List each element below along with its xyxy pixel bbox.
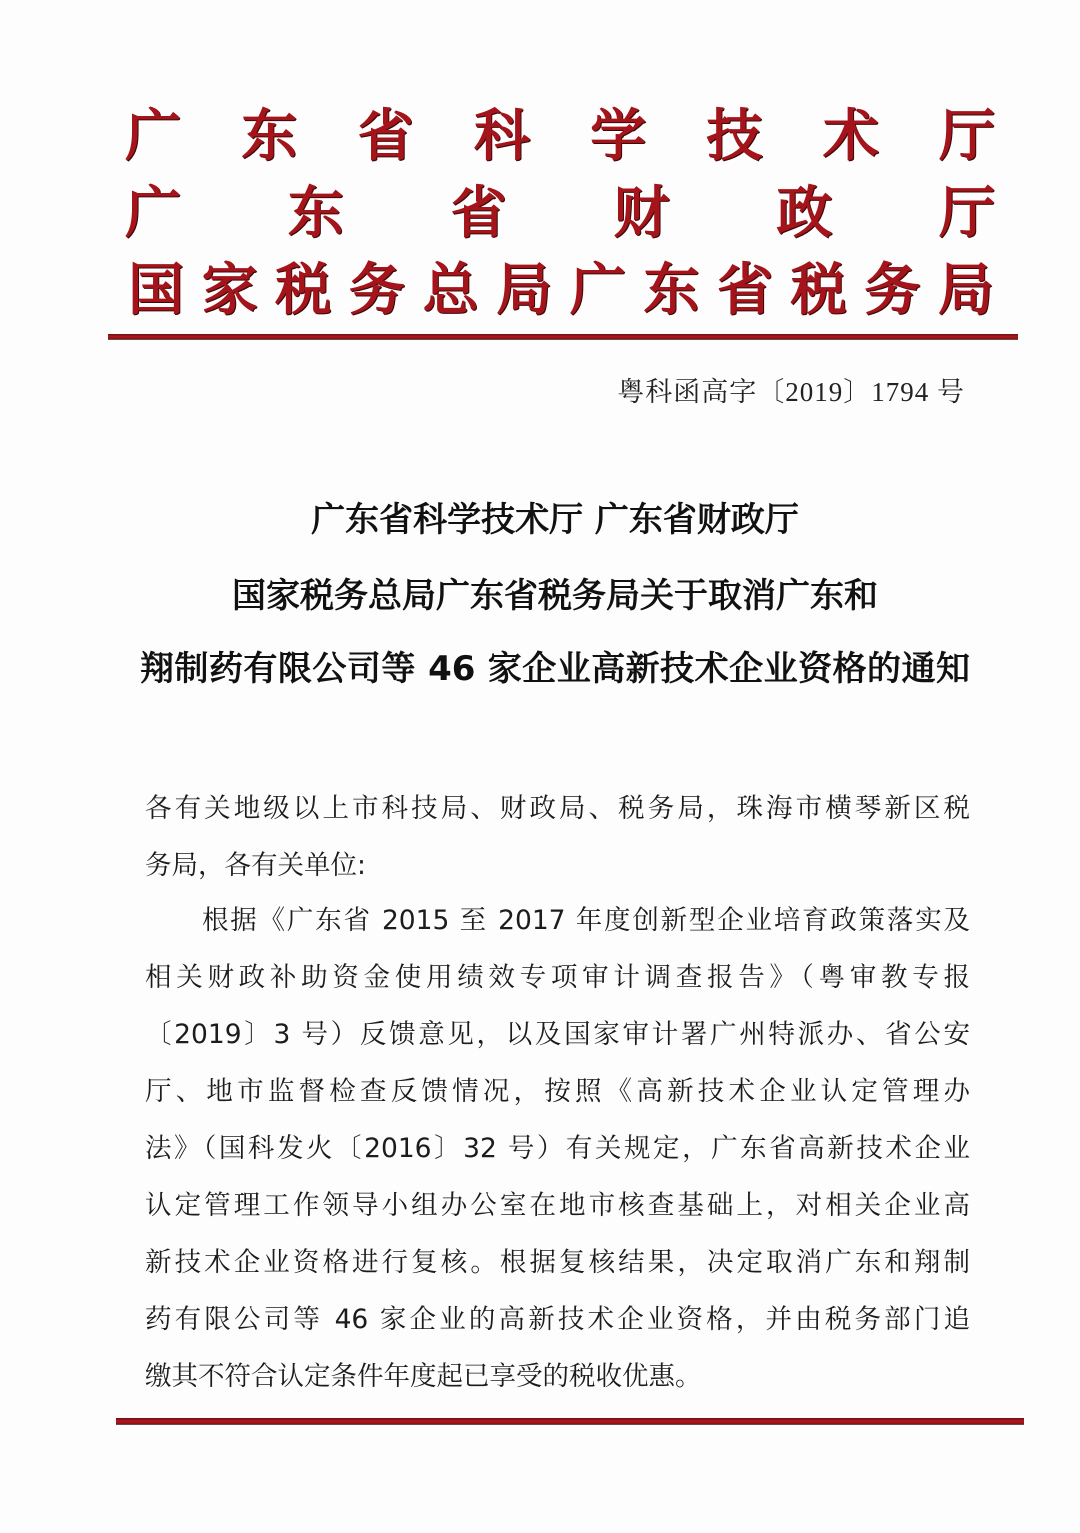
body-line: 〔2019〕3 号）反馈意见，以及国家审计署广州特派办、省公安 — [145, 1006, 970, 1063]
letterhead-line-science-dept: 广 东 省 科 学 技 术 厅 — [125, 108, 995, 164]
document-number: 粤科函高字〔2019〕1794 号 — [617, 370, 965, 409]
letterhead-line-finance-dept: 广 东 省 财 政 厅 — [125, 185, 995, 241]
footer-red-rule — [116, 1418, 1024, 1425]
salutation-line: 务局，各有关单位: — [145, 837, 970, 894]
title-line-2: 国家税务总局广东省税务局关于取消广东和 — [0, 579, 1080, 613]
letterhead-char: 术 — [823, 108, 879, 164]
title-line-1: 广东省科学技术厅 广东省财政厅 — [0, 503, 1080, 537]
letterhead-char: 务 — [864, 262, 920, 318]
body-line: 法》（国科发火〔2016〕32 号）有关规定，广东省高新技术企业 — [145, 1120, 970, 1177]
letterhead-char: 技 — [706, 108, 762, 164]
body-line: 根据《广东省 2015 至 2017 年度创新型企业培育政策落实及 — [145, 892, 970, 949]
letterhead-char: 局 — [938, 262, 994, 318]
letterhead-line-tax-bureau: 国 家 税 务 总 局 广 东 省 税 务 局 — [128, 262, 994, 318]
letterhead-char: 广 — [125, 108, 181, 164]
letterhead-char: 总 — [423, 262, 479, 318]
title-line-3: 翔制药有限公司等 46 家企业高新技术企业资格的通知 — [140, 652, 970, 686]
letterhead-char: 政 — [776, 185, 832, 241]
letterhead-char: 厅 — [939, 108, 995, 164]
letterhead-char: 家 — [202, 262, 258, 318]
letterhead-char: 财 — [613, 185, 669, 241]
letterhead-char: 税 — [275, 262, 331, 318]
letterhead-red-rule — [108, 334, 1018, 340]
body-line: 认定管理工作领导小组办公室在地市核查基础上，对相关企业高 — [145, 1177, 970, 1234]
body-line: 缴其不符合认定条件年度起已享受的税收优惠。 — [145, 1348, 970, 1405]
letterhead-char: 省 — [451, 185, 507, 241]
salutation: 各有关地级以上市科技局、财政局、税务局，珠海市横琴新区税 务局，各有关单位: — [145, 780, 970, 894]
letterhead-char: 省 — [358, 108, 414, 164]
letterhead-char: 国 — [128, 262, 184, 318]
letterhead-char: 广 — [125, 185, 181, 241]
salutation-line: 各有关地级以上市科技局、财政局、税务局，珠海市横琴新区税 — [145, 780, 970, 837]
body-line: 相关财政补助资金使用绩效专项审计调查报告》（粤审教专报 — [145, 949, 970, 1006]
letterhead-char: 东 — [288, 185, 344, 241]
body-line: 厅、地市监督检查反馈情况，按照《高新技术企业认定管理办 — [145, 1063, 970, 1120]
letterhead-char: 局 — [496, 262, 552, 318]
letterhead-char: 科 — [474, 108, 530, 164]
body-paragraph: 根据《广东省 2015 至 2017 年度创新型企业培育政策落实及 相关财政补助… — [145, 892, 970, 1405]
letterhead-char: 东 — [643, 262, 699, 318]
letterhead-char: 务 — [349, 262, 405, 318]
letterhead-char: 省 — [717, 262, 773, 318]
letterhead-char: 东 — [241, 108, 297, 164]
letterhead-char: 广 — [570, 262, 626, 318]
letterhead-char: 厅 — [939, 185, 995, 241]
letterhead-char: 学 — [590, 108, 646, 164]
body-line: 新技术企业资格进行复核。根据复核结果，决定取消广东和翔制 — [145, 1234, 970, 1291]
body-line: 药有限公司等 46 家企业的高新技术企业资格，并由税务部门追 — [145, 1291, 970, 1348]
letterhead-char: 税 — [791, 262, 847, 318]
